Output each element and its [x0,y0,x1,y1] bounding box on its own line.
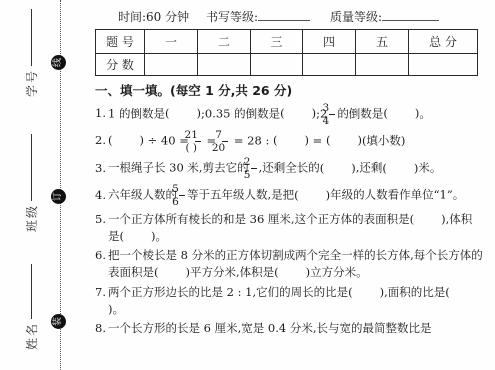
question: 1.1 的倒数是();0.35 的倒数是();234的倒数是()。 [95,102,483,127]
question: 7.两个正方形边长的比是 2 : 1,它们的周长的比是(),面积的比是()。 [95,284,483,319]
seal-mark-middle: 订 [51,189,66,204]
question-text: 两个正方形边长的比是 2 : 1,它们的周长的比是 [108,285,348,299]
section-one: 一、填一填。(每空 1 分,共 26 分) 1.1 的倒数是();0.35 的倒… [95,81,483,339]
question-text: 。 [113,302,125,316]
fraction-denominator: 6 [179,196,185,208]
question-number: 4. [95,188,106,202]
answer-blank[interactable]: () [382,161,418,175]
question-text: 一个正方体所有棱长的和是 36 厘米,这个正方体的表面积是 [108,212,410,226]
writing-grade-label: 书写等级: [206,10,258,24]
section-5-header: 五 [356,30,409,54]
question-text: 米。 [418,161,441,175]
answer-blank[interactable]: () [108,133,144,147]
section-one-title: 一、填一填。(每空 1 分,共 26 分) [95,81,483,99]
score-row-label: 分 数 [96,54,145,76]
question-text: 1 的倒数是 [108,106,165,120]
question-number: 5. [95,212,106,226]
question-text: 一个长方形的长是 6 厘米,宽是 0.4 分米,长与宽的最简整数比是 [108,321,432,335]
answer-blank[interactable]: () [120,229,156,243]
question-number: 1. [95,106,106,120]
seal-mark-char: 线 [54,58,63,67]
score-table-score-row: 分 数 [96,54,478,76]
question: 8.一个长方形的长是 6 厘米,宽是 0.4 分米,长与宽的最简整数比是 [95,320,483,337]
seal-mark-top: 线 [51,55,66,70]
question: 4.六年级人数的56等于五年级人数,是把()年级的人数看作单位“1”。 [95,183,483,208]
question-text: 的倒数是 [337,106,383,120]
answer-blank[interactable]: () [165,106,201,120]
total-score-header: 总 分 [409,30,478,54]
seal-mark-char: 订 [54,192,63,201]
answer-blank[interactable]: () [280,106,316,120]
question-text: 等于五年级人数,是把 [187,188,294,202]
seal-mark-char: 装 [54,317,63,326]
answer-blank[interactable]: () [320,161,356,175]
name-blank-line[interactable] [31,264,32,319]
fraction-denominator: ( ) [195,142,201,154]
paper-header: 时间:60 分钟 书写等级: 质量等级: [0,8,495,24]
writing-grade-field: 书写等级: [206,8,310,25]
question-text: 。 [156,229,168,243]
question: 2.() ÷ 40 = 21( ) = 720 = 28 : () = ()(填… [95,129,483,154]
answer-blank[interactable]: () [410,212,446,226]
fraction-denominator: 4 [329,115,335,127]
exam-paper: 学号 班级 姓名 线 订 装 时间:60 分钟 书写等级: 质量等级: 题 号 … [0,0,495,370]
section-4-header: 四 [303,30,356,54]
seal-mark-bottom: 装 [51,314,66,329]
answer-blank[interactable]: () [383,106,419,120]
question-number: 8. [95,321,106,335]
name-field[interactable]: 姓名 [24,264,39,350]
fraction-numerator: 7 [222,129,228,142]
score-cell-total[interactable] [409,54,478,76]
fraction: 34 [329,102,335,127]
quality-grade-blank-line[interactable] [382,9,439,21]
fraction-denominator: 20 [222,142,228,154]
question-text: (填小数) [362,133,405,147]
fraction-numerator: 21 [195,129,201,142]
fraction: 56 [179,183,185,208]
question-text: 平方分米,体积是 [190,265,274,279]
question: 5.一个正方体所有棱长的和是 36 厘米,这个正方体的表面积是(),体积是()。 [95,211,483,246]
fraction-denominator: 5 [251,169,257,181]
section-1-header: 一 [145,30,198,54]
question-text: ;0.35 的倒数是 [201,106,280,120]
question-text: 年级的人数看作单位“1”。 [330,188,464,202]
quality-grade-field: 质量等级: [330,8,439,25]
class-field[interactable]: 班级 [24,134,39,232]
fraction: 720 [222,129,228,154]
fraction: 21( ) [195,129,201,154]
question-number: 7. [95,285,106,299]
score-cell-4[interactable] [303,54,356,76]
question-text: = [309,133,326,147]
question-number-header: 题 号 [96,30,145,54]
question-text: = 28 : [230,133,273,147]
section-2-header: 二 [198,30,251,54]
question-number: 2. [95,133,106,147]
answer-blank[interactable]: () [326,133,362,147]
score-table-header-row: 题 号 一 二 三 四 五 总 分 [96,30,478,54]
name-label: 姓名 [23,322,40,350]
question-text: 一根绳子长 30 米,剪去它的 [108,161,249,175]
fraction-numerator: 3 [329,102,335,115]
class-blank-line[interactable] [31,134,32,201]
answer-blank[interactable]: () [294,188,330,202]
student-id-label: 学号 [23,69,40,97]
question-list: 1.1 的倒数是();0.35 的倒数是();234的倒数是()。2.() ÷ … [95,102,483,337]
time-limit-label: 时间:60 分钟 [118,8,189,25]
question-text: 立方分米。 [310,265,368,279]
question: 6.把一个棱长是 8 分米的正方体切割成两个完全一样的长方体,每个长方体的表面积… [95,247,483,282]
question-text: ,面积的比是 [384,285,445,299]
score-cell-5[interactable] [356,54,409,76]
score-cell-1[interactable] [145,54,198,76]
answer-blank[interactable]: () [154,265,190,279]
answer-blank[interactable]: () [348,285,384,299]
score-table: 题 号 一 二 三 四 五 总 分 分 数 [95,29,478,76]
question-text: ,还剩全长的 [259,161,320,175]
question-text: 六年级人数的 [108,188,177,202]
writing-grade-blank-line[interactable] [258,9,310,21]
quality-grade-label: 质量等级: [330,10,382,24]
question: 3.一根绳子长 30 米,剪去它的25,还剩全长的(),还剩()米。 [95,156,483,181]
fraction-numerator: 5 [179,183,185,196]
answer-blank[interactable]: () [274,265,310,279]
question-number: 3. [95,161,106,175]
question-number: 6. [95,248,106,262]
answer-blank[interactable]: () [273,133,309,147]
score-cell-2[interactable] [198,54,251,76]
fraction-numerator: 2 [251,156,257,169]
question-text: 。 [419,106,431,120]
fraction: 25 [251,156,257,181]
question-text: ,还剩 [356,161,383,175]
score-cell-3[interactable] [251,54,303,76]
section-3-header: 三 [251,30,303,54]
class-label: 班级 [23,204,40,232]
